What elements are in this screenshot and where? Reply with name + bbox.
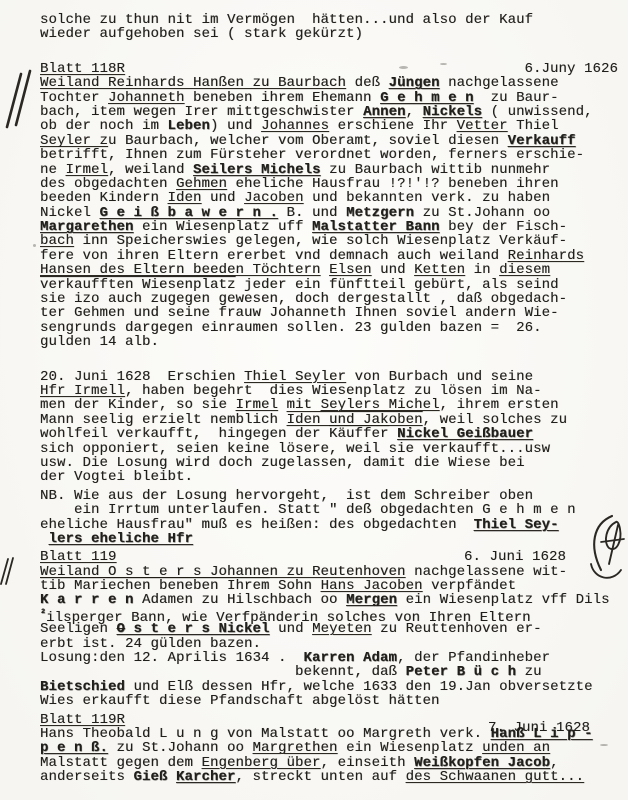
scan-speck	[33, 244, 36, 247]
text-run: , streckt unten auf	[236, 769, 406, 785]
entry-paragraph: Weiland O s t e r s Johannen zu Reutenho…	[40, 565, 628, 651]
text-run: des Schwaanen gutt...	[406, 769, 585, 785]
doc-line: bach inn Speicherswies gelegen, wie solc…	[40, 234, 628, 248]
text-run: Gieß	[134, 769, 177, 785]
entry-paragraph: NB. Wie aus der Losung hervorgeht, ist d…	[40, 489, 628, 547]
text-run: der Vogtei bleibt.	[40, 469, 193, 485]
entry-paragraph: Losung:den 12. Aprilis 1634 . Karren Ada…	[40, 651, 628, 709]
text-run: Mergen	[346, 592, 397, 608]
doc-line: Seeligen O s t e r s Nickel und Meyeten …	[40, 622, 628, 636]
doc-line: beeden Kindern Iden und Jacoben und beka…	[40, 191, 628, 205]
text-run	[40, 531, 49, 547]
entry-paragraph: Weiland Reinhards Hanßen zu Baurbach deß…	[40, 76, 628, 349]
doc-line: wohlfeil verkaufft, hingegen der Käuffer…	[40, 427, 628, 441]
text-run: zu Reuttenhoven er-	[372, 621, 542, 637]
entry-paragraph: 20. Juni 1628 Erschien Thiel Seyler von …	[40, 370, 628, 485]
doc-line: Malstatt gegen dem Engenberg über, einse…	[40, 756, 628, 770]
text-run: Karcher	[176, 769, 236, 785]
insertion-double-slash-icon	[0, 556, 16, 586]
text-run: wieder aufgehoben sei ( stark gekürzt)	[40, 26, 363, 42]
blatt-header: Blatt 118R6.Juny 1626	[40, 62, 628, 76]
doc-line: wieder aufgehoben sei ( stark gekürzt)	[40, 27, 628, 41]
doc-line: Wies erkaufft diese Pfandschaft abgelöst…	[40, 694, 628, 708]
doc-line: Weiland O s t e r s Johannen zu Reutenho…	[40, 565, 628, 579]
text-run: und	[270, 621, 313, 637]
text-run: Wies erkaufft diese Pfandschaft abgelöst…	[40, 693, 440, 709]
scan-speck	[440, 63, 447, 65]
text-run: Blatt 119R	[40, 712, 125, 728]
text-run: ein Wiesenplatz vff Dils	[397, 592, 610, 608]
text-run: Thiel Sey-	[474, 517, 559, 533]
entry-paragraph: solche zu thun nit im Vermögen hätten...…	[40, 13, 628, 42]
doc-line: Tochter Johanneth beneben ihrem Ehemann …	[40, 91, 628, 105]
doc-line: Weiland Reinhards Hanßen zu Baurbach deß…	[40, 76, 628, 90]
text-run: Adamen zu Hilschbach oo	[134, 592, 347, 608]
doc-line: ein Irrtum unterlaufen. Statt " deß obge…	[40, 503, 628, 517]
doc-line: p e n ß. zu St.Johann oo Margrethen ein …	[40, 741, 628, 755]
doc-line: K a r r e n Adamen zu Hilschbach oo Merg…	[40, 593, 628, 607]
text-run: anderseits	[40, 769, 134, 785]
doc-line: ne Irmel, weiland Seilers Michels zu Bau…	[40, 163, 628, 177]
doc-line: eheliche Hausfrau" muß es heißen: des ob…	[40, 518, 628, 532]
doc-line: 20. Juni 1628 Erschien Thiel Seyler von …	[40, 370, 628, 384]
blatt-header: Blatt 1196. Juni 1628	[40, 550, 628, 564]
doc-line: gulden 14 alb.	[40, 335, 628, 349]
entry-date: 7. Juni 1628	[488, 721, 590, 735]
text-run: 7. Juni 1628	[488, 720, 590, 736]
doc-line: NB. Wie aus der Losung hervorgeht, ist d…	[40, 489, 628, 503]
doc-line: der Vogtei bleibt.	[40, 470, 628, 484]
doc-line: verkaufften Wiesenplatz jeder ein fünftt…	[40, 278, 628, 292]
blatt-header: Blatt 119R7. Juni 1628	[40, 713, 628, 727]
blatt-number: Blatt 119	[40, 550, 117, 564]
scan-speck	[600, 744, 608, 746]
text-run: K a r r e n	[40, 592, 134, 608]
scan-speck	[399, 66, 408, 69]
text-run: Meyeten	[312, 621, 372, 637]
document-blocks: solche zu thun nit im Vermögen hätten...…	[40, 13, 628, 785]
blatt-number: Blatt 118R	[40, 62, 125, 76]
entry-paragraph: Hans Theobald L u n g von Malstatt oo Ma…	[40, 727, 628, 785]
doc-line: ob der noch im Leben) und Johannes ersch…	[40, 119, 628, 133]
doc-line: betrifft, Ihnen zum Fürsteher verordnet …	[40, 148, 628, 162]
doc-line: lers eheliche Hfr	[40, 532, 628, 546]
doc-line: anderseits Gieß Karcher, streckt unten a…	[40, 770, 628, 784]
text-run: gulden 14 alb.	[40, 334, 159, 350]
text-run: lers eheliche Hfr	[49, 531, 194, 547]
entry-date: 6. Juni 1628	[464, 550, 566, 564]
doc-line: Hansen des Eltern beeden Töchtern Elsen …	[40, 263, 628, 277]
doc-line: Seyler zu Baurbach, welcher vom Oberamt,…	[40, 134, 628, 148]
entry-date: 6.Juny 1626	[524, 62, 618, 76]
doc-line: bekennt, daß Peter B ü c h zu	[40, 665, 628, 679]
doc-line: Mann seelig erzielt nemblich Iden und Ja…	[40, 413, 628, 427]
doc-line: Nickel G e i ß b a w e r n . B. und Metz…	[40, 206, 628, 220]
doc-line: erbt ist. 24 gülden bazen.	[40, 637, 628, 651]
insertion-double-slash-icon	[5, 68, 35, 130]
doc-line: sich opponiert, seien keine lösere, weil…	[40, 442, 628, 456]
doc-line: ter Gehmen und seine frauw Johanneth Ihn…	[40, 306, 628, 320]
blatt-number: Blatt 119R	[40, 713, 125, 727]
document-page: solche zu thun nit im Vermögen hätten...…	[0, 0, 628, 800]
doc-line: men der Kinder, so sie Irmel mit Seylers…	[40, 398, 628, 412]
